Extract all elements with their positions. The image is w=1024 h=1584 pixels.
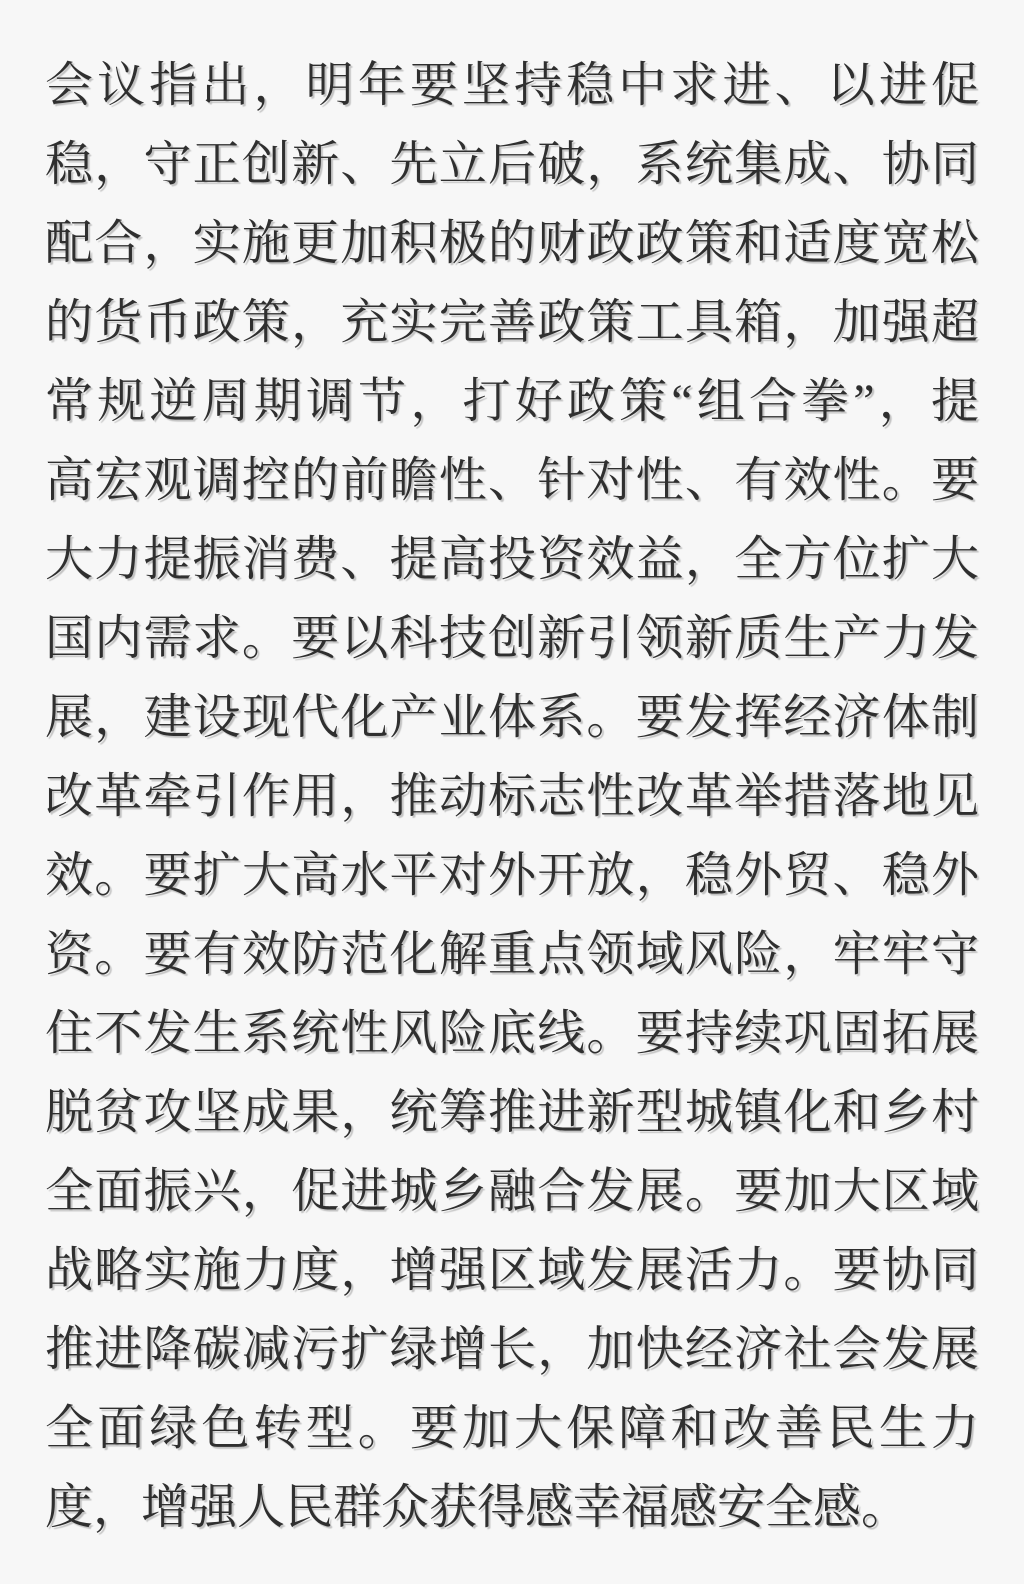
text-line: 推进降碳减污扩绿增长，加快经济社会发展 — [45, 1310, 979, 1389]
text-line: 常规逆周期调节，打好政策“组合拳”，提 — [45, 362, 979, 441]
article-text: 会议指出，明年要坚持稳中求进、以进促稳，守正创新、先立后破，系统集成、协同配合，… — [45, 46, 979, 1547]
text-line: 度，增强人民群众获得感幸福感安全感。 — [45, 1468, 979, 1547]
text-line: 大力提振消费、提高投资效益，全方位扩大 — [45, 520, 979, 599]
text-line: 高宏观调控的前瞻性、针对性、有效性。要 — [45, 441, 979, 520]
text-line: 配合，实施更加积极的财政政策和适度宽松 — [45, 204, 979, 283]
text-line: 脱贫攻坚成果，统筹推进新型城镇化和乡村 — [45, 1073, 979, 1152]
text-line: 全面绿色转型。要加大保障和改善民生力 — [45, 1389, 979, 1468]
text-line: 战略实施力度，增强区域发展活力。要协同 — [45, 1231, 979, 1310]
text-line: 的货币政策，充实完善政策工具箱，加强超 — [45, 283, 979, 362]
text-line: 效。要扩大高水平对外开放，稳外贸、稳外 — [45, 836, 979, 915]
text-line: 稳，守正创新、先立后破，系统集成、协同 — [45, 125, 979, 204]
text-line: 住不发生系统性风险底线。要持续巩固拓展 — [45, 994, 979, 1073]
text-line: 改革牵引作用，推动标志性改革举措落地见 — [45, 757, 979, 836]
text-line: 展，建设现代化产业体系。要发挥经济体制 — [45, 678, 979, 757]
article-page: 会议指出，明年要坚持稳中求进、以进促稳，守正创新、先立后破，系统集成、协同配合，… — [0, 0, 1024, 1584]
text-line: 国内需求。要以科技创新引领新质生产力发 — [45, 599, 979, 678]
text-line: 资。要有效防范化解重点领域风险，牢牢守 — [45, 915, 979, 994]
text-line: 全面振兴，促进城乡融合发展。要加大区域 — [45, 1152, 979, 1231]
text-line: 会议指出，明年要坚持稳中求进、以进促 — [45, 46, 979, 125]
